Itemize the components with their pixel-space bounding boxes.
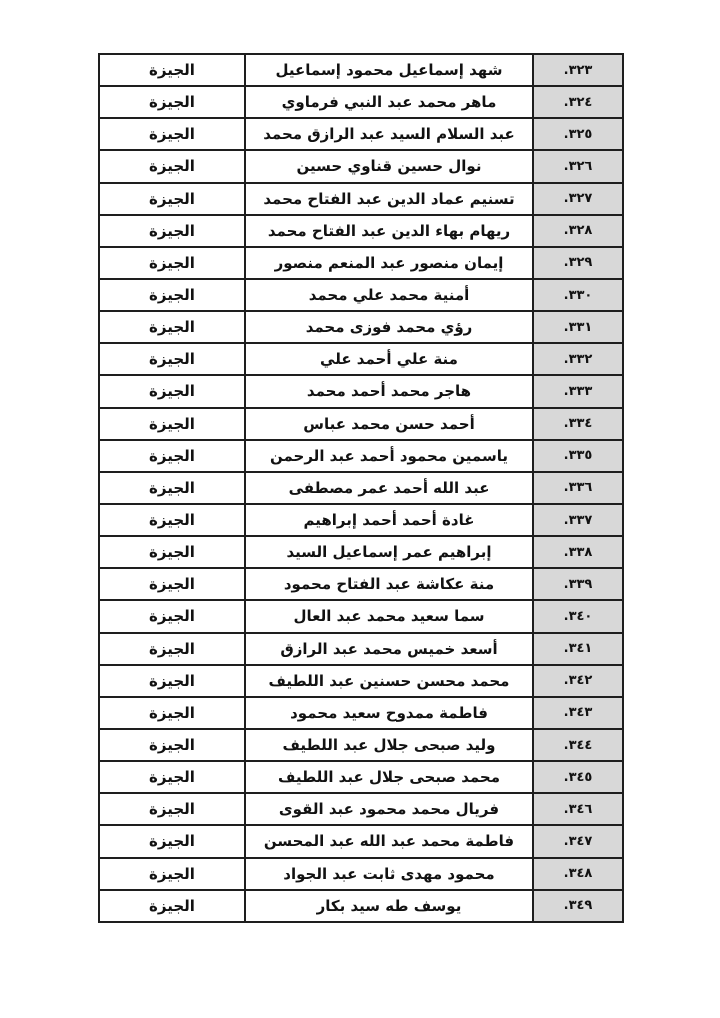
name-cell: إيمان منصور عبد المنعم منصور bbox=[245, 247, 533, 279]
governorate-cell: الجيزة bbox=[99, 183, 245, 215]
name-cell: سما سعيد محمد عبد العال bbox=[245, 600, 533, 632]
serial-number-cell: ٣٣٤. bbox=[533, 408, 623, 440]
name-cell: محمد محسن حسنين عبد اللطيف bbox=[245, 665, 533, 697]
governorate-cell: الجيزة bbox=[99, 54, 245, 86]
table-row: ٣٣٣.هاجر محمد أحمد محمدالجيزة bbox=[99, 375, 623, 407]
governorate-cell: الجيزة bbox=[99, 118, 245, 150]
name-cell: شهد إسماعيل محمود إسماعيل bbox=[245, 54, 533, 86]
governorate-cell: الجيزة bbox=[99, 440, 245, 472]
table-row: ٣٣٩.منة عكاشة عبد الفتاح محمودالجيزة bbox=[99, 568, 623, 600]
serial-number-cell: ٣٢٣. bbox=[533, 54, 623, 86]
serial-number-cell: ٣٣٨. bbox=[533, 536, 623, 568]
governorate-cell: الجيزة bbox=[99, 150, 245, 182]
name-cell: منة علي أحمد علي bbox=[245, 343, 533, 375]
names-table: ٣٢٣.شهد إسماعيل محمود إسماعيلالجيزة٣٢٤.م… bbox=[98, 53, 624, 923]
governorate-cell: الجيزة bbox=[99, 279, 245, 311]
governorate-cell: الجيزة bbox=[99, 858, 245, 890]
serial-number-cell: ٣٤٦. bbox=[533, 793, 623, 825]
table-row: ٣٣٠.أمنية محمد علي محمدالجيزة bbox=[99, 279, 623, 311]
name-cell: فريال محمد محمود عبد القوى bbox=[245, 793, 533, 825]
governorate-cell: الجيزة bbox=[99, 633, 245, 665]
table-row: ٣٣٤.أحمد حسن محمد عباسالجيزة bbox=[99, 408, 623, 440]
name-cell: أسعد خميس محمد عبد الرازق bbox=[245, 633, 533, 665]
serial-number-cell: ٣٣٠. bbox=[533, 279, 623, 311]
name-cell: رؤي محمد فوزى محمد bbox=[245, 311, 533, 343]
serial-number-cell: ٣٤٥. bbox=[533, 761, 623, 793]
name-cell: إبراهيم عمر إسماعيل السيد bbox=[245, 536, 533, 568]
name-cell: نوال حسين قناوي حسين bbox=[245, 150, 533, 182]
table-row: ٣٢٥.عبد السلام السيد عبد الرازق محمدالجي… bbox=[99, 118, 623, 150]
governorate-cell: الجيزة bbox=[99, 472, 245, 504]
name-cell: أمنية محمد علي محمد bbox=[245, 279, 533, 311]
governorate-cell: الجيزة bbox=[99, 761, 245, 793]
name-cell: فاطمة محمد عبد الله عبد المحسن bbox=[245, 825, 533, 857]
governorate-cell: الجيزة bbox=[99, 697, 245, 729]
table-row: ٣٤٢.محمد محسن حسنين عبد اللطيفالجيزة bbox=[99, 665, 623, 697]
serial-number-cell: ٣٤٢. bbox=[533, 665, 623, 697]
name-cell: ياسمين محمود أحمد عبد الرحمن bbox=[245, 440, 533, 472]
table-row: ٣٤٧.فاطمة محمد عبد الله عبد المحسنالجيزة bbox=[99, 825, 623, 857]
table-row: ٣٣١.رؤي محمد فوزى محمدالجيزة bbox=[99, 311, 623, 343]
serial-number-cell: ٣٣٩. bbox=[533, 568, 623, 600]
serial-number-cell: ٣٣٦. bbox=[533, 472, 623, 504]
governorate-cell: الجيزة bbox=[99, 600, 245, 632]
serial-number-cell: ٣٢٨. bbox=[533, 215, 623, 247]
name-cell: ريهام بهاء الدين عبد الفتاح محمد bbox=[245, 215, 533, 247]
name-cell: منة عكاشة عبد الفتاح محمود bbox=[245, 568, 533, 600]
governorate-cell: الجيزة bbox=[99, 247, 245, 279]
document-page: ٣٢٣.شهد إسماعيل محمود إسماعيلالجيزة٣٢٤.م… bbox=[0, 0, 720, 1018]
name-cell: غادة أحمد أحمد إبراهيم bbox=[245, 504, 533, 536]
governorate-cell: الجيزة bbox=[99, 729, 245, 761]
name-cell: عبد السلام السيد عبد الرازق محمد bbox=[245, 118, 533, 150]
serial-number-cell: ٣٣٣. bbox=[533, 375, 623, 407]
governorate-cell: الجيزة bbox=[99, 825, 245, 857]
governorate-cell: الجيزة bbox=[99, 536, 245, 568]
serial-number-cell: ٣٢٦. bbox=[533, 150, 623, 182]
name-cell: يوسف طه سيد بكار bbox=[245, 890, 533, 922]
name-cell: محمد صبحى جلال عبد اللطيف bbox=[245, 761, 533, 793]
governorate-cell: الجيزة bbox=[99, 311, 245, 343]
table-row: ٣٤٥.محمد صبحى جلال عبد اللطيفالجيزة bbox=[99, 761, 623, 793]
table-row: ٣٤٠.سما سعيد محمد عبد العالالجيزة bbox=[99, 600, 623, 632]
table-row: ٣٣٢.منة علي أحمد عليالجيزة bbox=[99, 343, 623, 375]
table-row: ٣٢٨.ريهام بهاء الدين عبد الفتاح محمدالجي… bbox=[99, 215, 623, 247]
name-cell: محمود مهدى ثابت عبد الجواد bbox=[245, 858, 533, 890]
serial-number-cell: ٣٢٥. bbox=[533, 118, 623, 150]
governorate-cell: الجيزة bbox=[99, 343, 245, 375]
name-cell: ماهر محمد عبد النبي فرماوي bbox=[245, 86, 533, 118]
serial-number-cell: ٣٤٤. bbox=[533, 729, 623, 761]
table-row: ٣٣٦.عبد الله أحمد عمر مصطفىالجيزة bbox=[99, 472, 623, 504]
serial-number-cell: ٣٤٨. bbox=[533, 858, 623, 890]
serial-number-cell: ٣٢٧. bbox=[533, 183, 623, 215]
name-cell: عبد الله أحمد عمر مصطفى bbox=[245, 472, 533, 504]
name-cell: فاطمة ممدوح سعيد محمود bbox=[245, 697, 533, 729]
names-table-body: ٣٢٣.شهد إسماعيل محمود إسماعيلالجيزة٣٢٤.م… bbox=[99, 54, 623, 922]
serial-number-cell: ٣٤٩. bbox=[533, 890, 623, 922]
serial-number-cell: ٣٣١. bbox=[533, 311, 623, 343]
serial-number-cell: ٣٤٠. bbox=[533, 600, 623, 632]
governorate-cell: الجيزة bbox=[99, 793, 245, 825]
serial-number-cell: ٣٣٧. bbox=[533, 504, 623, 536]
serial-number-cell: ٣٤٧. bbox=[533, 825, 623, 857]
table-row: ٣٤٩.يوسف طه سيد بكارالجيزة bbox=[99, 890, 623, 922]
name-cell: تسنيم عماد الدين عبد الفتاح محمد bbox=[245, 183, 533, 215]
table-row: ٣٣٥.ياسمين محمود أحمد عبد الرحمنالجيزة bbox=[99, 440, 623, 472]
table-row: ٣٤٣.فاطمة ممدوح سعيد محمودالجيزة bbox=[99, 697, 623, 729]
table-row: ٣٢٤.ماهر محمد عبد النبي فرماويالجيزة bbox=[99, 86, 623, 118]
governorate-cell: الجيزة bbox=[99, 665, 245, 697]
serial-number-cell: ٣٤٣. bbox=[533, 697, 623, 729]
table-row: ٣٤٨.محمود مهدى ثابت عبد الجوادالجيزة bbox=[99, 858, 623, 890]
serial-number-cell: ٣٢٤. bbox=[533, 86, 623, 118]
serial-number-cell: ٣٤١. bbox=[533, 633, 623, 665]
table-row: ٣٢٩.إيمان منصور عبد المنعم منصورالجيزة bbox=[99, 247, 623, 279]
serial-number-cell: ٣٣٢. bbox=[533, 343, 623, 375]
serial-number-cell: ٣٣٥. bbox=[533, 440, 623, 472]
table-row: ٣٢٧.تسنيم عماد الدين عبد الفتاح محمدالجي… bbox=[99, 183, 623, 215]
table-row: ٣٣٨.إبراهيم عمر إسماعيل السيدالجيزة bbox=[99, 536, 623, 568]
name-cell: هاجر محمد أحمد محمد bbox=[245, 375, 533, 407]
governorate-cell: الجيزة bbox=[99, 375, 245, 407]
name-cell: وليد صبحى جلال عبد اللطيف bbox=[245, 729, 533, 761]
governorate-cell: الجيزة bbox=[99, 215, 245, 247]
governorate-cell: الجيزة bbox=[99, 568, 245, 600]
table-row: ٣٤٦.فريال محمد محمود عبد القوىالجيزة bbox=[99, 793, 623, 825]
governorate-cell: الجيزة bbox=[99, 408, 245, 440]
table-row: ٣٤٤.وليد صبحى جلال عبد اللطيفالجيزة bbox=[99, 729, 623, 761]
governorate-cell: الجيزة bbox=[99, 86, 245, 118]
table-row: ٣٤١.أسعد خميس محمد عبد الرازقالجيزة bbox=[99, 633, 623, 665]
table-row: ٣٢٦.نوال حسين قناوي حسينالجيزة bbox=[99, 150, 623, 182]
name-cell: أحمد حسن محمد عباس bbox=[245, 408, 533, 440]
table-row: ٣٣٧.غادة أحمد أحمد إبراهيمالجيزة bbox=[99, 504, 623, 536]
governorate-cell: الجيزة bbox=[99, 890, 245, 922]
table-row: ٣٢٣.شهد إسماعيل محمود إسماعيلالجيزة bbox=[99, 54, 623, 86]
governorate-cell: الجيزة bbox=[99, 504, 245, 536]
serial-number-cell: ٣٢٩. bbox=[533, 247, 623, 279]
